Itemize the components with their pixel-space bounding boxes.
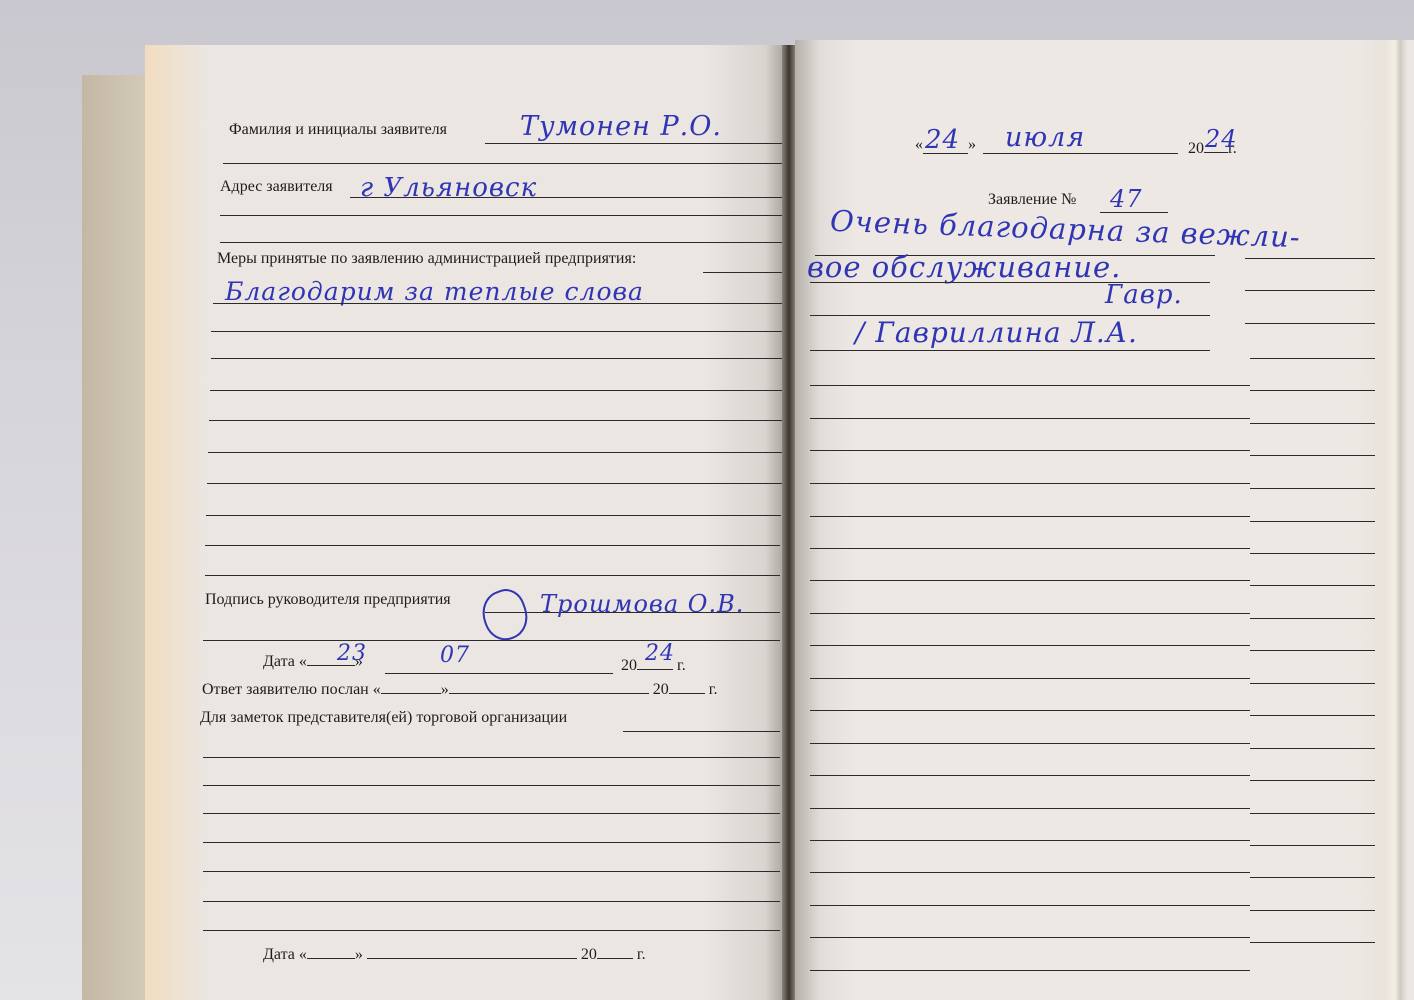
statement-number-value: 47 (1110, 185, 1143, 213)
rule (205, 575, 780, 576)
rule (810, 970, 1250, 971)
rule (210, 390, 785, 391)
measures-value: Благодарим за теплые слова (225, 277, 644, 306)
date-month-value: 07 (440, 643, 470, 668)
rule (810, 808, 1250, 809)
applicant-name-label: Фамилия и инициалы заявителя (229, 121, 447, 139)
rule (1250, 650, 1375, 651)
statement-text-line-1: Очень благодарна за вежли- (830, 204, 1302, 254)
rule (207, 483, 782, 484)
manager-signature-label: Подпись руководителя предприятия (205, 591, 451, 609)
rule (810, 710, 1250, 711)
date-year-value: 24 (645, 641, 675, 666)
rule (220, 242, 790, 243)
rule (810, 775, 1250, 776)
right-page: « 24 » июля 20г. 24 Заявление № 47 Очень… (795, 40, 1414, 1000)
rule (810, 872, 1250, 873)
rule (209, 420, 784, 421)
right-date-month-line (983, 153, 1178, 154)
book-cover-edge (82, 75, 152, 1000)
statement-label: Заявление № (988, 191, 1076, 209)
rule (1250, 748, 1375, 749)
rule (203, 871, 780, 872)
rule (810, 350, 1210, 351)
rule (1250, 455, 1375, 456)
rule (203, 842, 780, 843)
applicant-address-value: г Ульяновск (360, 173, 537, 203)
rule (203, 757, 780, 758)
rule (810, 418, 1250, 419)
rule (1250, 488, 1375, 489)
rule (810, 385, 1250, 386)
rule (1250, 521, 1375, 522)
left-page: Фамилия и инициалы заявителя Тумонен Р.О… (145, 45, 785, 1000)
rule (213, 303, 790, 304)
rule (1250, 910, 1375, 911)
rule (810, 483, 1250, 484)
rule (810, 450, 1250, 451)
rule (203, 640, 780, 641)
notes-label: Для заметок представителя(ей) торговой о… (200, 709, 567, 727)
applicant-name-line (485, 143, 790, 144)
rule (203, 813, 780, 814)
rule (1245, 290, 1375, 291)
rule (1245, 323, 1375, 324)
signature-scribble (476, 584, 534, 646)
rule (810, 678, 1250, 679)
rule (1250, 553, 1375, 554)
statement-text-line-2: вое обслуживание. (807, 250, 1121, 284)
rule (810, 613, 1250, 614)
measures-label: Меры принятые по заявлению администрацие… (217, 250, 636, 268)
rule (220, 215, 790, 216)
rule (1250, 813, 1375, 814)
date-day-value: 23 (337, 641, 367, 666)
right-date-month-value: июля (1005, 122, 1085, 153)
rule (1250, 683, 1375, 684)
rule (623, 731, 780, 732)
rule (1250, 390, 1375, 391)
rule (810, 905, 1250, 906)
rule (1250, 780, 1375, 781)
rule (203, 901, 780, 902)
rule (1250, 585, 1375, 586)
statement-text-line-4: / Гавриллина Л.А. (855, 316, 1138, 349)
rule (1250, 942, 1375, 943)
rule (203, 785, 780, 786)
rule (1250, 423, 1375, 424)
manager-signature-value: Трошмова О.В. (540, 590, 744, 618)
rule (810, 743, 1250, 744)
rule (206, 515, 781, 516)
rule (223, 163, 790, 164)
rule (810, 840, 1250, 841)
rule (810, 645, 1250, 646)
date-month-line (385, 673, 613, 674)
rule (1250, 845, 1375, 846)
rule (1250, 877, 1375, 878)
rule (810, 548, 1250, 549)
rule (703, 272, 790, 273)
book-spine (782, 45, 796, 1000)
rule (1250, 715, 1375, 716)
rule (211, 331, 788, 332)
reply-sent-label: Ответ заявителю послан «» 20 г. (202, 679, 718, 699)
rule (1250, 358, 1375, 359)
rule (208, 452, 783, 453)
statement-signature: Гавр. (1105, 280, 1183, 310)
right-date-open: « (915, 136, 923, 154)
footer-date-label: Дата «» 20 г. (263, 944, 646, 964)
rule (205, 545, 780, 546)
rule (810, 937, 1250, 938)
right-date-year-value: 24 (1205, 125, 1238, 153)
rule (810, 580, 1250, 581)
right-date-close: » (968, 136, 976, 154)
rule (203, 930, 780, 931)
rule (1250, 618, 1375, 619)
applicant-name-value: Тумонен Р.О. (520, 111, 722, 142)
rule (211, 358, 786, 359)
rule (810, 516, 1250, 517)
applicant-address-label: Адрес заявителя (220, 178, 333, 196)
rule (1245, 258, 1375, 259)
right-date-day-value: 24 (925, 125, 960, 155)
